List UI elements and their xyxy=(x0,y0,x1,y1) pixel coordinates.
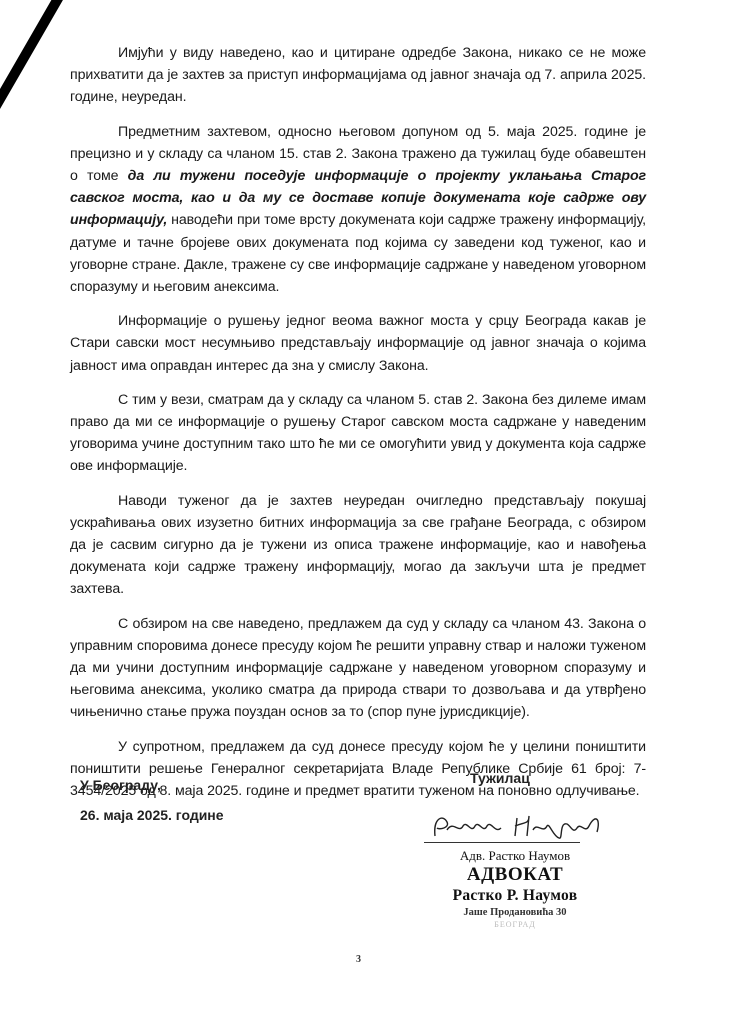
paragraph-4: С тим у вези, сматрам да у складу са чла… xyxy=(70,389,646,478)
paragraph-5: Наводи туженог да је захтев неуредан очи… xyxy=(70,490,646,601)
stamp-line-2: АДВОКАТ xyxy=(425,864,605,886)
paragraph-text: С тим у вези, сматрам да у складу са чла… xyxy=(70,392,646,475)
paragraph-text: Информације о рушењу једног веома важног… xyxy=(70,313,646,373)
signature-line xyxy=(424,842,580,843)
paragraph-1: Имјући у виду наведено, као и цитиране о… xyxy=(70,42,646,109)
stamp-line-3: Растко Р. Наумов xyxy=(425,886,605,906)
paragraph-text: С обзиром на све наведено, предлажем да … xyxy=(70,616,646,721)
stamp-line-5: БЕОГРАД xyxy=(425,919,605,930)
paragraph-3: Информације о рушењу једног веома важног… xyxy=(70,310,646,377)
handwritten-signature xyxy=(425,808,610,844)
closing-date: 26. маја 2025. године xyxy=(80,800,224,830)
closing-place: У Београду, xyxy=(80,770,224,800)
paragraph-text: Наводи туженог да је захтев неуредан очи… xyxy=(70,493,646,598)
plaintiff-label: Тужилац xyxy=(470,770,530,786)
paragraph-2: Предметним захтевом, односно његовом доп… xyxy=(70,121,646,299)
paragraph-6: С обзиром на све наведено, предлажем да … xyxy=(70,613,646,724)
stamp-line-1: Адв. Растко Наумов xyxy=(425,848,605,864)
scan-mark xyxy=(0,0,65,114)
page-number: 3 xyxy=(356,954,361,965)
document-body: Имјући у виду наведено, као и цитиране о… xyxy=(70,42,646,814)
lawyer-stamp: Адв. Растко Наумов АДВОКАТ Растко Р. Нау… xyxy=(425,848,605,930)
paragraph-text: Имјући у виду наведено, као и цитиране о… xyxy=(70,45,646,105)
stamp-line-4: Јаше Продановића 30 xyxy=(425,906,605,919)
closing-place-date: У Београду, 26. маја 2025. године xyxy=(80,770,224,830)
